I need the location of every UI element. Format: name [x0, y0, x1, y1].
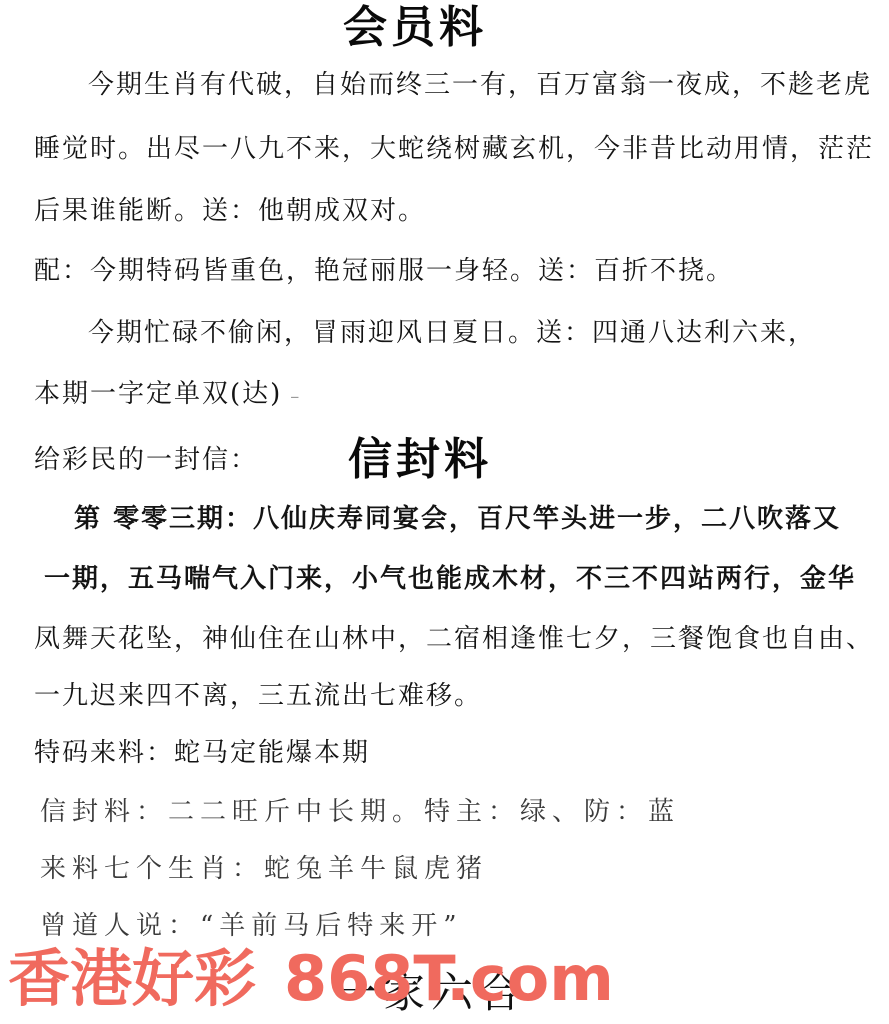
member-line-4: 配：今期特码皆重色，艳冠丽服一身轻。送：百折不挠。 [34, 258, 734, 284]
member-line-5: 今期忙碌不偷闲，冒雨迎风日夏日。送：四通八达利六来， [88, 320, 816, 346]
watermark: 香港好彩868T.com [8, 948, 614, 1010]
envelope-line-2: 一期，五马喘气入门来，小气也能成木材，不三不四站两行，金华 [44, 566, 856, 592]
member-line-1: 今期生肖有代破，自始而终三一有，百万富翁一夜成，不趁老虎 [88, 72, 872, 98]
member-material-title: 会员料 [343, 6, 487, 50]
letter-label: 给彩民的一封信： [34, 445, 258, 475]
envelope-line-1: 第 零零三期：八仙庆寿同宴会，百尺竿头进一步，二八吹落又 [74, 506, 841, 532]
daoist-saying-line: 曾道人说：“羊前马后特来开” [40, 913, 463, 939]
watermark-domain: 868T.com [284, 942, 614, 1015]
letter-heading-row: 给彩民的一封信：信封料 [34, 438, 492, 482]
single-double-text: 本期一字定单双(达) [34, 379, 282, 409]
member-line-6: 本期一字定单双(达)– [34, 381, 301, 407]
special-code-line: 特码来料：蛇马定能爆本期 [34, 740, 370, 766]
watermark-text: 香港好彩 [8, 942, 256, 1015]
seven-zodiac-line: 来料七个生肖：蛇兔羊牛鼠虎猪 [40, 856, 488, 882]
envelope-line-3: 凤舞天花坠，神仙住在山林中，二宿相逢惟七夕，三餐饱食也自由、 [34, 626, 874, 652]
member-line-3: 后果谁能断。送：他朝成双对。 [34, 198, 426, 224]
member-line-2: 睡觉时。出尽一八九不来，大蛇绕树藏玄机，今非昔比动用情，茫茫 [34, 136, 874, 162]
envelope-material-title: 信封料 [348, 434, 492, 485]
trailing-mark: – [290, 386, 301, 407]
envelope-info-line: 信封料：二二旺斤中长期。特主：绿、防：蓝 [40, 799, 680, 825]
envelope-line-4: 一九迟来四不离，三五流出七难移。 [34, 683, 482, 709]
